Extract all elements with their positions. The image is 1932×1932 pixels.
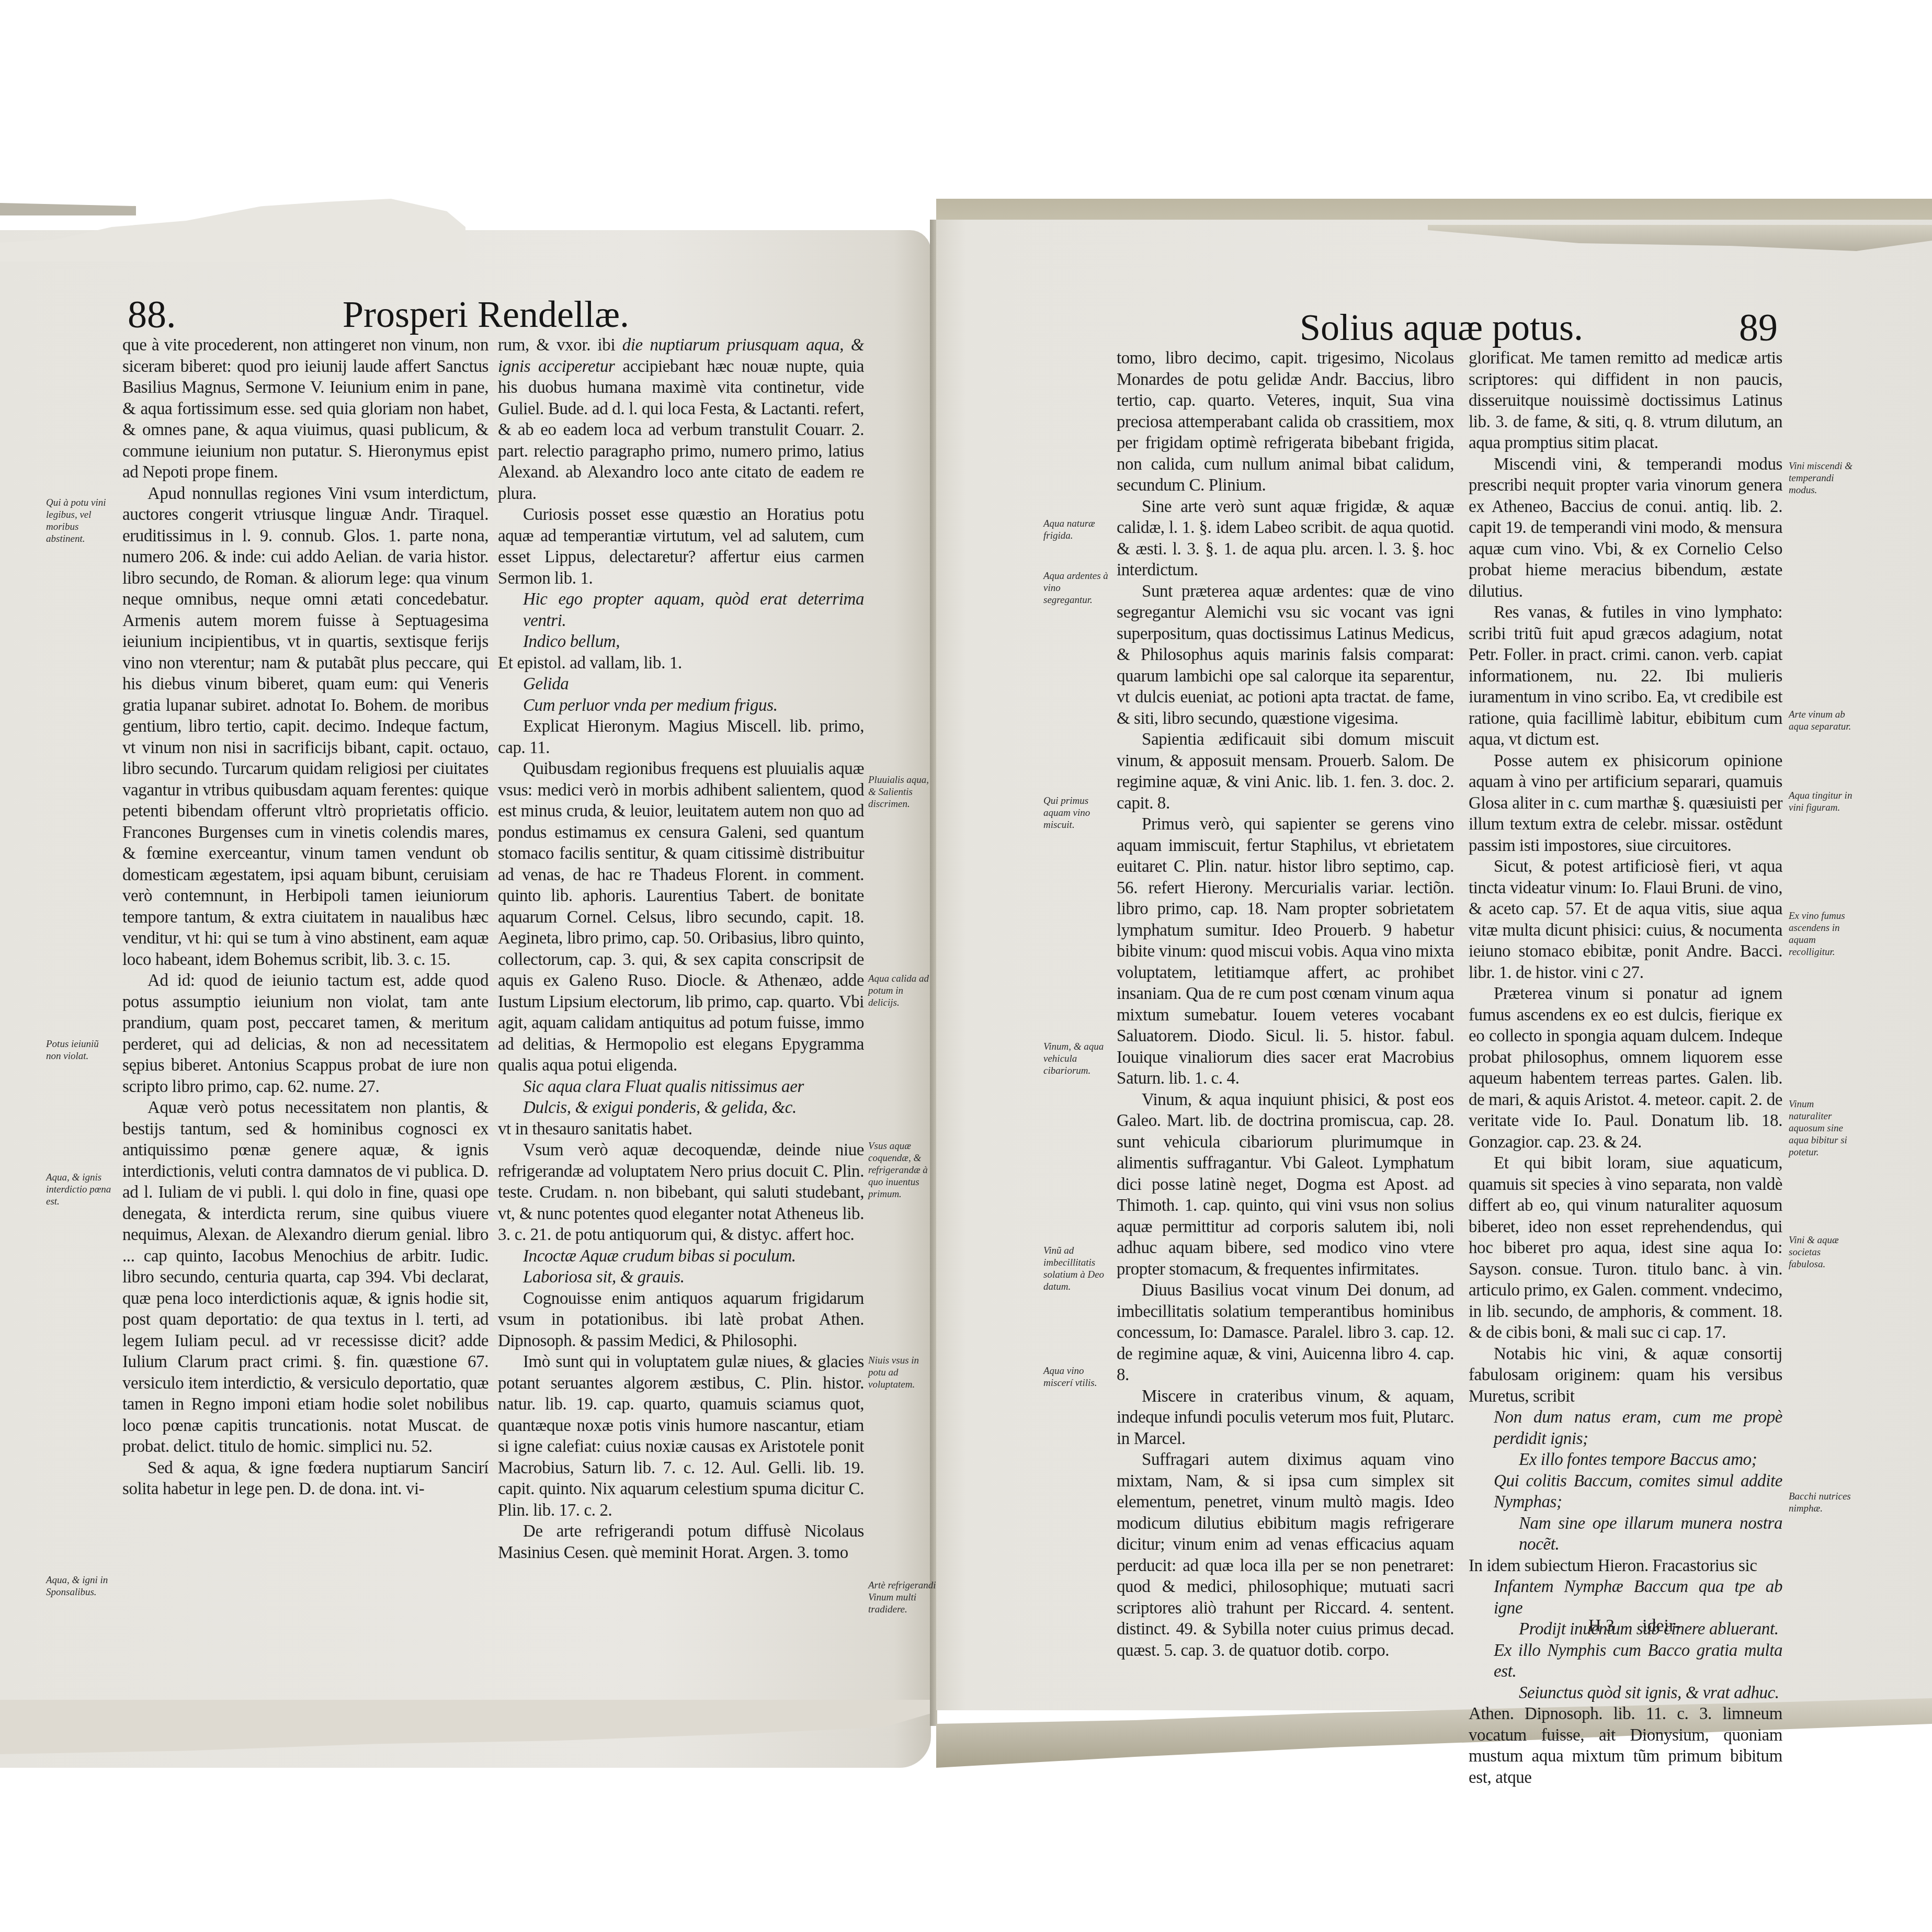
verse-line: Prodijt inuentum sub cinere abluerant. [1469, 1619, 1782, 1640]
margin-note: Vinum, & aqua vehicula cibariorum. [1043, 1041, 1111, 1077]
paragraph: Cognouisse enim antiquos aquarum frigida… [498, 1288, 864, 1352]
margin-note: Vsus aquæ coquendæ, & refrigerandæ à quo… [868, 1140, 936, 1200]
printer-signature: H 3 [1588, 1616, 1615, 1636]
margin-note: Arte vinum ab aqua separatur. [1789, 709, 1857, 733]
paragraph: rum, & vxor. ibi die nuptiarum priusquam… [498, 335, 864, 504]
paragraph: Quibusdam regionibus frequens est pluuia… [498, 758, 864, 1076]
paragraph: Imò sunt qui in voluptatem gulæ niues, &… [498, 1351, 864, 1521]
margin-note: Vini & aquæ societas fabulosa. [1789, 1234, 1857, 1270]
left-page-number: 88. [128, 293, 176, 337]
paragraph: Posse autem ex phisicorum opinione aquam… [1469, 751, 1782, 857]
verse-line: Laboriosa sit, & grauis. [498, 1267, 864, 1288]
paragraph: Vinum, & aqua inquiunt phisici, & post e… [1117, 1089, 1454, 1280]
left-running-title: Prosperi Rendellæ. [343, 293, 629, 336]
margin-note: Vinum naturaliter aquosum sine aqua bibi… [1789, 1098, 1857, 1158]
verse-line: Non dum natus eram, cum me propè perdidi… [1469, 1407, 1782, 1449]
margin-note: Qui à potu vini legibus, vel moribus abs… [46, 497, 114, 545]
margin-note: Aqua, & igni in Sponsalibus. [46, 1574, 114, 1598]
catchword: ideir- [1642, 1616, 1680, 1636]
paragraph: Vsum verò aquæ decoquendæ, deinde niue r… [498, 1140, 864, 1246]
verse-line: Ex illo Nymphis cum Bacco gratia multa e… [1469, 1640, 1782, 1683]
paragraph: vt in thesauro sanitatis habet. [498, 1119, 864, 1140]
margin-note: Aqua vino miscerí vtilis. [1043, 1365, 1111, 1389]
paragraph: De arte refrigerandi potum diffusè Nicol… [498, 1521, 864, 1563]
paragraph: Et epistol. ad vallam, lib. 1. [498, 653, 864, 674]
margin-note: Niuis vsus in potu ad voluptatem. [868, 1355, 936, 1391]
verse-line: Dulcis, & exigui ponderis, & gelida, &c. [498, 1097, 864, 1119]
right-running-title: Solius aquæ potus. [1300, 306, 1583, 349]
paragraph: Miscere in crateribus vinum, & aquam, in… [1117, 1386, 1454, 1450]
paragraph: Ad id: quod de ieiunio tactum est, adde … [122, 970, 488, 1097]
right-page-column-1: tomo, libro decimo, capit. trigesimo, Ni… [1117, 348, 1454, 1661]
margin-note: Qui primus aquam vino miscuit. [1043, 795, 1111, 831]
paragraph: Athen. Dipnosoph. lib. 11. c. 3. limneum… [1469, 1703, 1782, 1788]
paragraph: que à vite procederent, non attingeret n… [122, 335, 488, 483]
paragraph: Sed & aqua, & igne fœdera nuptiarum Sanc… [122, 1458, 488, 1500]
margin-note: Aqua naturæ frigida. [1043, 518, 1111, 542]
margin-note: Bacchi nutrices nimphæ. [1789, 1491, 1857, 1515]
paragraph: Sine arte verò sunt aquæ frigidæ, & aquæ… [1117, 496, 1454, 581]
margin-note: Pluuialis aqua, & Salientis discrimen. [868, 774, 936, 810]
verse-line: Nam sine ope illarum munera nostra nocẽt… [1469, 1513, 1782, 1555]
verse-line: Hic ego propter aquam, quòd erat deterri… [498, 589, 864, 631]
verse-line: Cum perluor vnda per medium frigus. [498, 695, 864, 717]
right-page-number: 89 [1739, 306, 1778, 350]
verse-line: Gelida [498, 674, 864, 695]
paragraph: Sicut, & potest artificiosè fieri, vt aq… [1469, 856, 1782, 983]
verse-line: Sic aqua clara Fluat qualis nitissimus a… [498, 1076, 864, 1098]
paragraph: Suffragari autem diximus aquam vino mixt… [1117, 1449, 1454, 1661]
margin-note: Artè refrigerandi Vinum multi tradidere. [868, 1579, 936, 1616]
margin-note: Vinũ ad imbecillitatis solatium à Deo da… [1043, 1245, 1111, 1293]
verse-line: Ex illo fontes tempore Baccus amo; [1469, 1449, 1782, 1471]
paragraph: Res vanas, & futiles in vino lymphato: s… [1469, 602, 1782, 751]
left-page-column-2: rum, & vxor. ibi die nuptiarum priusquam… [498, 335, 864, 1563]
paragraph: Notabis hic vini, & aquæ consortij fabul… [1469, 1344, 1782, 1407]
paragraph: Miscendi vini, & temperandi modus prescr… [1469, 454, 1782, 603]
right-page-column-2: glorificat. Me tamen remitto ad medicæ a… [1469, 348, 1782, 1788]
paragraph: tomo, libro decimo, capit. trigesimo, Ni… [1117, 348, 1454, 496]
paragraph: glorificat. Me tamen remitto ad medicæ a… [1469, 348, 1782, 454]
margin-note: Aqua tingitur in vini figuram. [1789, 790, 1857, 814]
margin-note: Potus ieiuniũ non violat. [46, 1038, 114, 1062]
verse-line: Indico bellum, [498, 631, 864, 653]
paragraph: Explicat Hieronym. Magius Miscell. lib. … [498, 716, 864, 758]
italic-quote: die nuptiarum priusquam aqua, & ignis ac… [498, 336, 864, 376]
margin-note: Aqua ardentes à vino segregantur. [1043, 570, 1111, 606]
verse-line: Incoctæ Aquæ crudum bibas si poculum. [498, 1246, 864, 1267]
margin-note: Aqua calida ad potum in delicijs. [868, 973, 936, 1009]
paragraph: In idem subiectum Hieron. Fracastorius s… [1469, 1555, 1782, 1577]
margin-note: Aqua, & ignis interdictio pœna est. [46, 1172, 114, 1208]
paragraph: Curiosis posset esse quæstio an Horatius… [498, 504, 864, 589]
paragraph: Diuus Basilius vocat vinum Dei donum, ad… [1117, 1280, 1454, 1386]
verse-line: Seiunctus quòd sit ignis, & vrat adhuc. [1469, 1683, 1782, 1704]
paragraph: Apud nonnullas regiones Vini vsum interd… [122, 483, 488, 971]
paragraph: Præterea vinum si ponatur ad ignem fumus… [1469, 983, 1782, 1153]
paragraph: Aquæ verò potus necessitatem non plantis… [122, 1097, 488, 1458]
paragraph: Et qui bibit loram, siue aquaticum, quam… [1469, 1153, 1782, 1344]
margin-note: Ex vino fumus ascendens in aquam recolli… [1789, 910, 1857, 958]
left-page-under-edge [0, 200, 136, 215]
verse-line: Qui colitis Baccum, comites simul addite… [1469, 1471, 1782, 1513]
verse-line: Infantem Nymphæ Baccum qua tpe ab igne [1469, 1576, 1782, 1619]
paragraph: Primus verò, qui sapienter se gerens vin… [1117, 814, 1454, 1089]
paragraph: Sunt præterea aquæ ardentes: quæ de vino… [1117, 581, 1454, 730]
margin-note: Vini miscendi & temperandi modus. [1789, 460, 1857, 496]
paragraph: Sapientia ædificauit sibi domum miscuit … [1117, 729, 1454, 814]
left-page-column-1: que à vite procederent, non attingeret n… [122, 335, 488, 1500]
